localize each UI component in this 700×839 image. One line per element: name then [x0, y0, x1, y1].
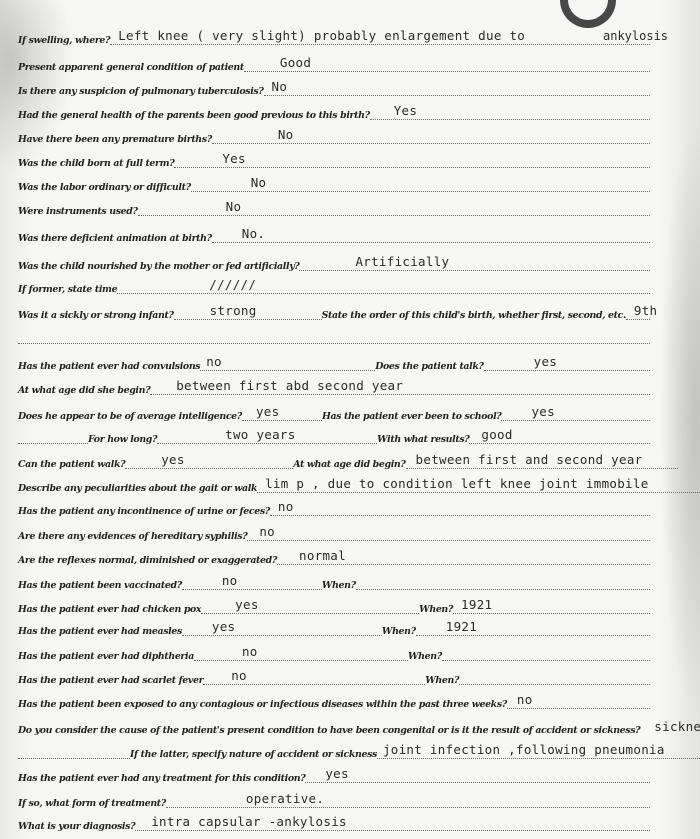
answer-field-premature[interactable]: No [212, 125, 650, 144]
answer-field-diagnosis[interactable]: intra capsular -ankylosis [135, 812, 650, 831]
row-measles: Has the patient ever had measles yes Whe… [18, 617, 650, 639]
row-infant: Was it a sickly or strong infant? strong… [18, 301, 650, 323]
row-talk-age: At what age did she begin? between first… [18, 376, 650, 398]
question-treatment-form: If so, what form of treatment? [18, 798, 166, 811]
answer-field-instruments[interactable]: No [138, 197, 650, 216]
row-instruments: Were instruments used? No [18, 197, 650, 219]
question-syphilis: Are there any evidences of hereditary sy… [18, 531, 247, 544]
answer-cause: sickness [654, 719, 700, 734]
question-diagnosis: What is your diagnosis? [18, 821, 135, 834]
question-tuberculosis: Is there any suspicion of pulmonary tube… [18, 86, 264, 99]
question-birth-order: State the order of this child's birth, w… [322, 310, 626, 323]
answer-field-talk-age[interactable]: between first abd second year [150, 376, 650, 395]
row-cause: Do you consider the cause of the patient… [18, 716, 690, 738]
answer-field-birth-order[interactable]: 9th [626, 301, 650, 320]
answer-instruments: No [226, 199, 242, 214]
question-parents-health: Had the general health of the parents be… [18, 110, 370, 123]
answer-chicken-pox: yes [235, 597, 258, 612]
answer-field-walk[interactable]: yes [125, 450, 293, 469]
blank-lead [18, 740, 130, 759]
answer-field-talk[interactable]: yes [484, 352, 650, 371]
question-convulsions: Has the patient ever had convulsions [18, 361, 200, 374]
row-former-time: If former, state time ////// [18, 275, 650, 297]
row-tuberculosis: Is there any suspicion of pulmonary tube… [18, 77, 650, 99]
row-school-length: For how long? two years With what result… [18, 425, 650, 447]
question-full-term: Was the child born at full term? [18, 158, 174, 171]
answer-diagnosis: intra capsular -ankylosis [151, 814, 347, 829]
answer-nature: joint infection ,following pneumonia [383, 742, 665, 757]
blank-lead [18, 425, 88, 444]
answer-field-condition[interactable]: Good [244, 53, 650, 72]
question-vaccinated: Has the patient been vaccinated? [18, 580, 182, 593]
row-diagnosis: What is your diagnosis? intra capsular -… [18, 812, 650, 834]
question-talk-age: At what age did she begin? [18, 385, 150, 398]
answer-field-tuberculosis[interactable]: No [264, 77, 650, 96]
question-labor: Was the labor ordinary or difficult? [18, 182, 191, 195]
question-school: Has the patient ever been to school? [322, 411, 502, 424]
answer-field-diphtheria[interactable]: no [194, 642, 408, 661]
answer-field-chicken-pox-when[interactable]: 1921 [453, 595, 650, 614]
answer-vaccinated: no [222, 573, 238, 588]
answer-incontinence: no [278, 499, 294, 514]
answer-school: yes [531, 404, 554, 419]
answer-swelling: Left knee ( very slight) probably enlarg… [118, 28, 525, 43]
row-scarlet-fever: Has the patient ever had scarlet fever n… [18, 666, 650, 688]
answer-field-measles[interactable]: yes [182, 617, 382, 636]
scanned-form-page: If swelling, where? Left knee ( very sli… [0, 0, 700, 839]
answer-nourished: Artificially [355, 254, 449, 269]
question-vaccinated-when: When? [322, 580, 356, 593]
answer-field-labor[interactable]: No [191, 173, 650, 192]
row-nourished: Was the child nourished by the mother or… [18, 252, 650, 274]
answer-measles-when: 1921 [446, 619, 477, 634]
answer-field-chicken-pox[interactable]: yes [201, 595, 419, 614]
answer-field-school-length[interactable]: two years [157, 425, 377, 444]
question-school-length: For how long? [88, 434, 157, 447]
answer-field-scarlet-fever[interactable]: no [203, 666, 425, 685]
row-labor: Was the labor ordinary or difficult? No [18, 173, 650, 195]
answer-field-animation[interactable]: No. [212, 224, 650, 243]
row-convulsions: Has the patient ever had convulsions no … [18, 352, 650, 374]
answer-tuberculosis: No [272, 79, 288, 94]
answer-field-school[interactable]: yes [501, 402, 650, 421]
row-condition: Present apparent general condition of pa… [18, 53, 650, 75]
row-full-term: Was the child born at full term? Yes [18, 149, 650, 171]
answer-field-nourished[interactable]: Artificially [299, 252, 650, 271]
question-infant: Was it a sickly or strong infant? [18, 310, 174, 323]
answer-field-treatment-form[interactable]: operative. [166, 789, 650, 808]
answer-premature: No [278, 127, 294, 142]
row-treatment: Has the patient ever had any treatment f… [18, 764, 650, 786]
question-gait: Describe any peculiarities about the gai… [18, 483, 257, 496]
answer-field-incontinence[interactable]: no [270, 497, 650, 516]
row-animation: Was there deficient animation at birth? … [18, 224, 650, 246]
question-swelling: If swelling, where? [18, 35, 110, 48]
answer-former-time: ////// [209, 277, 256, 292]
question-walk: Can the patient walk? [18, 459, 125, 472]
answer-field-vaccinated-when[interactable] [356, 571, 650, 590]
question-instruments: Were instruments used? [18, 206, 138, 219]
row-exposed: Has the patient been exposed to any cont… [18, 690, 650, 712]
question-incontinence: Has the patient any incontinence of urin… [18, 506, 270, 519]
question-reflexes: Are the reflexes normal, diminished or e… [18, 555, 277, 568]
answer-field-reflexes[interactable]: normal [277, 546, 650, 565]
question-walk-age: At what age did begin? [293, 459, 405, 472]
answer-field-nature[interactable]: joint infection ,following pneumonia [377, 740, 700, 759]
answer-swelling-insert: ankylosis [603, 29, 668, 43]
answer-school-results: good [481, 427, 512, 442]
question-intelligence: Does he appear to be of average intellig… [18, 411, 242, 424]
question-talk: Does the patient talk? [375, 361, 483, 374]
answer-walk-age: between first and second year [416, 452, 643, 467]
row-diphtheria: Has the patient ever had diphtheria no W… [18, 642, 650, 664]
question-nourished: Was the child nourished by the mother or… [18, 261, 299, 274]
answer-field-school-results[interactable]: good [469, 425, 650, 444]
question-nature: If the latter, specify nature of acciden… [130, 749, 377, 762]
answer-labor: No [251, 175, 267, 190]
row-chicken-pox: Has the patient ever had chicken pox yes… [18, 595, 650, 617]
question-exposed: Has the patient been exposed to any cont… [18, 699, 507, 712]
answer-exposed: no [517, 692, 533, 707]
heading-fragment [560, 0, 616, 28]
row-swelling: If swelling, where? Left knee ( very sli… [18, 26, 650, 48]
answer-field-vaccinated[interactable]: no [182, 571, 322, 590]
row-vaccinated: Has the patient been vaccinated? no When… [18, 571, 650, 593]
row-walk: Can the patient walk? yes At what age di… [18, 450, 678, 472]
answer-walk: yes [161, 452, 184, 467]
question-scarlet-fever-when: When? [425, 675, 459, 688]
answer-condition: Good [280, 55, 311, 70]
row-premature: Have there been any premature births? No [18, 125, 650, 147]
answer-talk-age: between first abd second year [176, 378, 403, 393]
question-measles-when: When? [382, 626, 416, 639]
row-parents-health: Had the general health of the parents be… [18, 101, 650, 123]
question-treatment: Has the patient ever had any treatment f… [18, 773, 305, 786]
answer-field-exposed[interactable]: no [507, 690, 650, 709]
row-intelligence: Does he appear to be of average intellig… [18, 402, 650, 424]
question-former-time: If former, state time [18, 284, 117, 297]
answer-measles: yes [212, 619, 235, 634]
answer-birth-order: 9th [634, 303, 657, 318]
row-treatment-form: If so, what form of treatment? operative… [18, 789, 650, 811]
answer-chicken-pox-when: 1921 [461, 597, 492, 612]
answer-field-gait[interactable]: lim p , due to condition left knee joint… [257, 474, 700, 493]
answer-field-treatment[interactable]: yes [305, 764, 650, 783]
answer-field-measles-when[interactable]: 1921 [416, 617, 650, 636]
blank-rule [18, 343, 650, 344]
answer-field-infant[interactable]: strong [174, 301, 322, 320]
answer-field-cause[interactable]: sickness [640, 717, 690, 735]
row-reflexes: Are the reflexes normal, diminished or e… [18, 546, 650, 568]
answer-treatment: yes [325, 766, 348, 781]
answer-parents-health: Yes [394, 103, 417, 118]
answer-field-intelligence[interactable]: yes [242, 402, 322, 421]
answer-syphilis: no [259, 524, 275, 539]
answer-animation: No. [242, 226, 265, 241]
answer-field-parents-health[interactable]: Yes [370, 101, 650, 120]
answer-field-syphilis[interactable]: no [247, 522, 650, 541]
question-premature: Have there been any premature births? [18, 134, 212, 147]
answer-treatment-form: operative. [246, 791, 324, 806]
answer-reflexes: normal [299, 548, 346, 563]
row-nature: If the latter, specify nature of acciden… [18, 740, 700, 762]
answer-field-former-time[interactable]: ////// [117, 275, 650, 294]
answer-field-swelling[interactable]: Left knee ( very slight) probably enlarg… [110, 26, 650, 45]
question-diphtheria: Has the patient ever had diphtheria [18, 651, 194, 664]
question-chicken-pox-when: When? [419, 604, 453, 617]
answer-infant: strong [210, 303, 257, 318]
answer-scarlet-fever: no [231, 668, 247, 683]
row-gait: Describe any peculiarities about the gai… [18, 474, 700, 496]
answer-intelligence: yes [256, 404, 279, 419]
question-scarlet-fever: Has the patient ever had scarlet fever [18, 675, 203, 688]
question-diphtheria-when: When? [408, 651, 442, 664]
row-syphilis: Are there any evidences of hereditary sy… [18, 522, 650, 544]
question-measles: Has the patient ever had measles [18, 626, 182, 639]
answer-convulsions: no [206, 354, 222, 369]
answer-field-full-term[interactable]: Yes [174, 149, 650, 168]
answer-full-term: Yes [222, 151, 245, 166]
answer-field-scarlet-fever-when[interactable] [459, 666, 650, 685]
row-incontinence: Has the patient any incontinence of urin… [18, 497, 650, 519]
answer-diphtheria: no [242, 644, 258, 659]
answer-talk: yes [534, 354, 557, 369]
answer-field-walk-age[interactable]: between first and second year [406, 450, 678, 469]
question-school-results: With what results? [377, 434, 469, 447]
question-cause: Do you consider the cause of the patient… [18, 725, 640, 738]
answer-field-convulsions[interactable]: no [200, 352, 375, 371]
question-chicken-pox: Has the patient ever had chicken pox [18, 604, 201, 617]
answer-field-diphtheria-when[interactable] [442, 642, 650, 661]
question-condition: Present apparent general condition of pa… [18, 62, 244, 75]
answer-gait: lim p , due to condition left knee joint… [265, 476, 648, 491]
question-animation: Was there deficient animation at birth? [18, 233, 212, 246]
answer-school-length: two years [225, 427, 295, 442]
